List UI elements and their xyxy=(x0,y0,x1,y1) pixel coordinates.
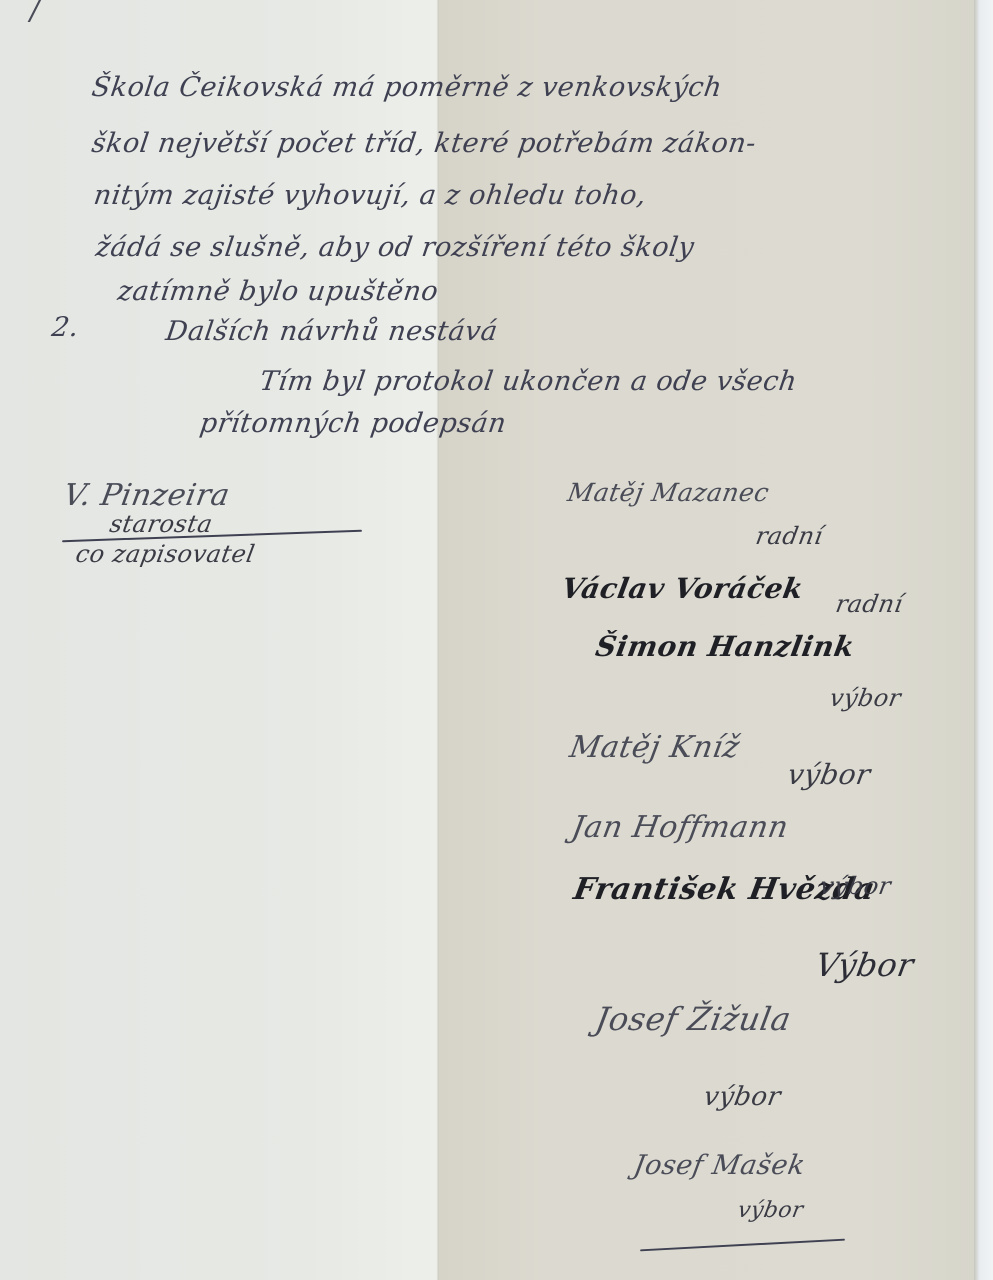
signature-role: Výbor xyxy=(813,946,917,984)
signature: Václav Voráček xyxy=(559,572,806,605)
signature: Josef Žižula xyxy=(593,1000,794,1038)
signature-role: co zapisovatel xyxy=(74,540,258,568)
closing-line: Tím byl protokol ukončen a ode všech xyxy=(258,366,799,397)
page-edge xyxy=(974,0,993,1280)
page-mark: / xyxy=(30,0,41,27)
signature-role: výbor xyxy=(828,684,904,712)
signature-mayor: V. Pinzeira xyxy=(61,478,233,513)
body-line: Škola Čeikovská má poměrně z venkovských xyxy=(90,72,724,103)
signature-role: výbor xyxy=(818,872,894,900)
body-line: nitým zajisté vyhovují, a z ohledu toho, xyxy=(92,180,649,211)
signature: Jan Hoffmann xyxy=(569,810,791,845)
signature-role: výbor xyxy=(701,1082,783,1112)
signature-role: výbor xyxy=(736,1198,806,1223)
body-line: zatímně bylo upuštěno xyxy=(116,276,441,307)
signature: Matěj Mazanec xyxy=(565,478,771,507)
signature-role: výbor xyxy=(785,758,873,791)
signature-role: starosta xyxy=(108,510,215,538)
document-scan: / Škola Čeikovská má poměrně z venkovský… xyxy=(0,0,993,1280)
signature: Josef Mašek xyxy=(631,1150,807,1181)
body-line: škol největší počet tříd, které potřebám… xyxy=(90,128,758,159)
signature-role: radní xyxy=(754,522,826,550)
signature-role: radní xyxy=(834,590,906,618)
signature: Matěj Kníž xyxy=(567,730,743,765)
closing-line: přítomných podepsán xyxy=(198,408,509,439)
body-line: žádá se slušně, aby od rozšíření této šk… xyxy=(94,232,696,263)
item-number: 2. xyxy=(50,312,81,343)
signature: Šimon Hanzlink xyxy=(593,630,857,663)
item-text: Dalších návrhů nestává xyxy=(164,316,500,347)
